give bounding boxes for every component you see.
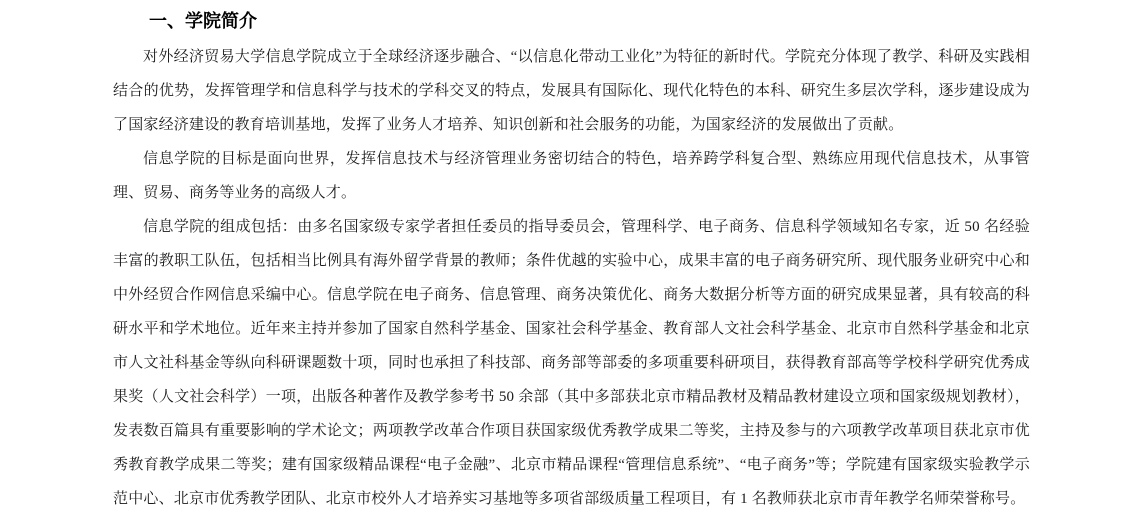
section-heading: 一、学院简介: [113, 8, 1030, 34]
paragraph-college-composition: 信息学院的组成包括：由多名国家级专家学者担任委员的指导委员会，管理科学、电子商务…: [113, 210, 1030, 516]
paragraph-college-founding: 对外经济贸易大学信息学院成立于全球经济逐步融合、“以信息化带动工业化”为特征的新…: [113, 40, 1030, 142]
document-page: 一、学院简介 对外经济贸易大学信息学院成立于全球经济逐步融合、“以信息化带动工业…: [0, 0, 1122, 516]
paragraph-college-goal: 信息学院的目标是面向世界，发挥信息技术与经济管理业务密切结合的特色，培养跨学科复…: [113, 142, 1030, 210]
